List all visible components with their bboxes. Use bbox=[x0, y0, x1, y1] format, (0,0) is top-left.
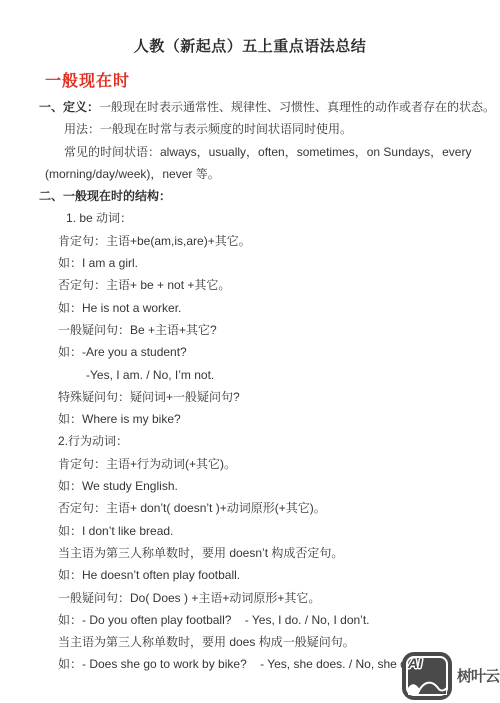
document-line: 当主语为第三人称单数时，要用 does 构成一般疑问句。 bbox=[58, 631, 500, 653]
document-line: 如：He doesn’t often play football. bbox=[58, 564, 500, 586]
document-line: 如：We study English. bbox=[58, 475, 500, 497]
document-line: 当主语为第三人称单数时，要用 doesn’t 构成否定句。 bbox=[58, 542, 500, 564]
document-line: 常见的时间状语：always，usually，often，sometimes，o… bbox=[64, 141, 500, 163]
document-line: 1. be 动词： bbox=[66, 207, 500, 229]
document-line: -Yes, I am. / No, I’m not. bbox=[86, 364, 500, 386]
document-line: 特殊疑问句：疑问词+一般疑问句? bbox=[58, 386, 500, 408]
document-line: 否定句：主语+ be + not +其它。 bbox=[58, 274, 500, 296]
line-label: 二、一般现在时的结构： bbox=[39, 189, 171, 203]
document-title: 人教（新起点）五上重点语法总结 bbox=[0, 0, 500, 58]
document-body: 一、定义：一般现在时表示通常性、规律性、习惯性、真理性的动作或者存在的状态。用法… bbox=[0, 96, 500, 676]
document-line: 否定句：主语+ don’t( doesn’t )+动词原形(+其它)。 bbox=[58, 497, 500, 519]
document-line: 如：-Are you a student? bbox=[58, 341, 500, 363]
document-line: 用法：一般现在时常与表示频度的时间状语同时使用。 bbox=[64, 118, 500, 140]
document-line: 一般疑问句：Be +主语+其它? bbox=[58, 319, 500, 341]
document-line: 一般疑问句：Do( Does ) +主语+动词原形+其它。 bbox=[58, 587, 500, 609]
document-line: 一、定义：一般现在时表示通常性、规律性、习惯性、真理性的动作或者存在的状态。 bbox=[39, 96, 500, 118]
document-line: 如：- Does she go to work by bike? - Yes, … bbox=[58, 653, 500, 675]
document-line: 2.行为动词： bbox=[58, 430, 500, 452]
document-line: 肯定句：主语+行为动词(+其它)。 bbox=[58, 453, 500, 475]
page-root: 人教（新起点）五上重点语法总结 一般现在时 一、定义：一般现在时表示通常性、规律… bbox=[0, 0, 500, 703]
mountain-icon bbox=[407, 675, 447, 695]
document-line: (morning/day/week)，never 等。 bbox=[45, 163, 500, 185]
document-line: 二、一般现在时的结构： bbox=[39, 185, 500, 207]
document-line: 如：I don’t like bread. bbox=[58, 520, 500, 542]
document-line: 如：- Do you often play football? - Yes, I… bbox=[58, 609, 500, 631]
document-line: 如：He is not a worker. bbox=[58, 297, 500, 319]
document-line: 如：Where is my bike? bbox=[58, 408, 500, 430]
line-label: 一、定义： bbox=[39, 100, 99, 114]
document-line: 肯定句：主语+be(am,is,are)+其它。 bbox=[58, 230, 500, 252]
document-line: 如：I am a girl. bbox=[58, 252, 500, 274]
section-heading: 一般现在时 bbox=[45, 72, 500, 92]
